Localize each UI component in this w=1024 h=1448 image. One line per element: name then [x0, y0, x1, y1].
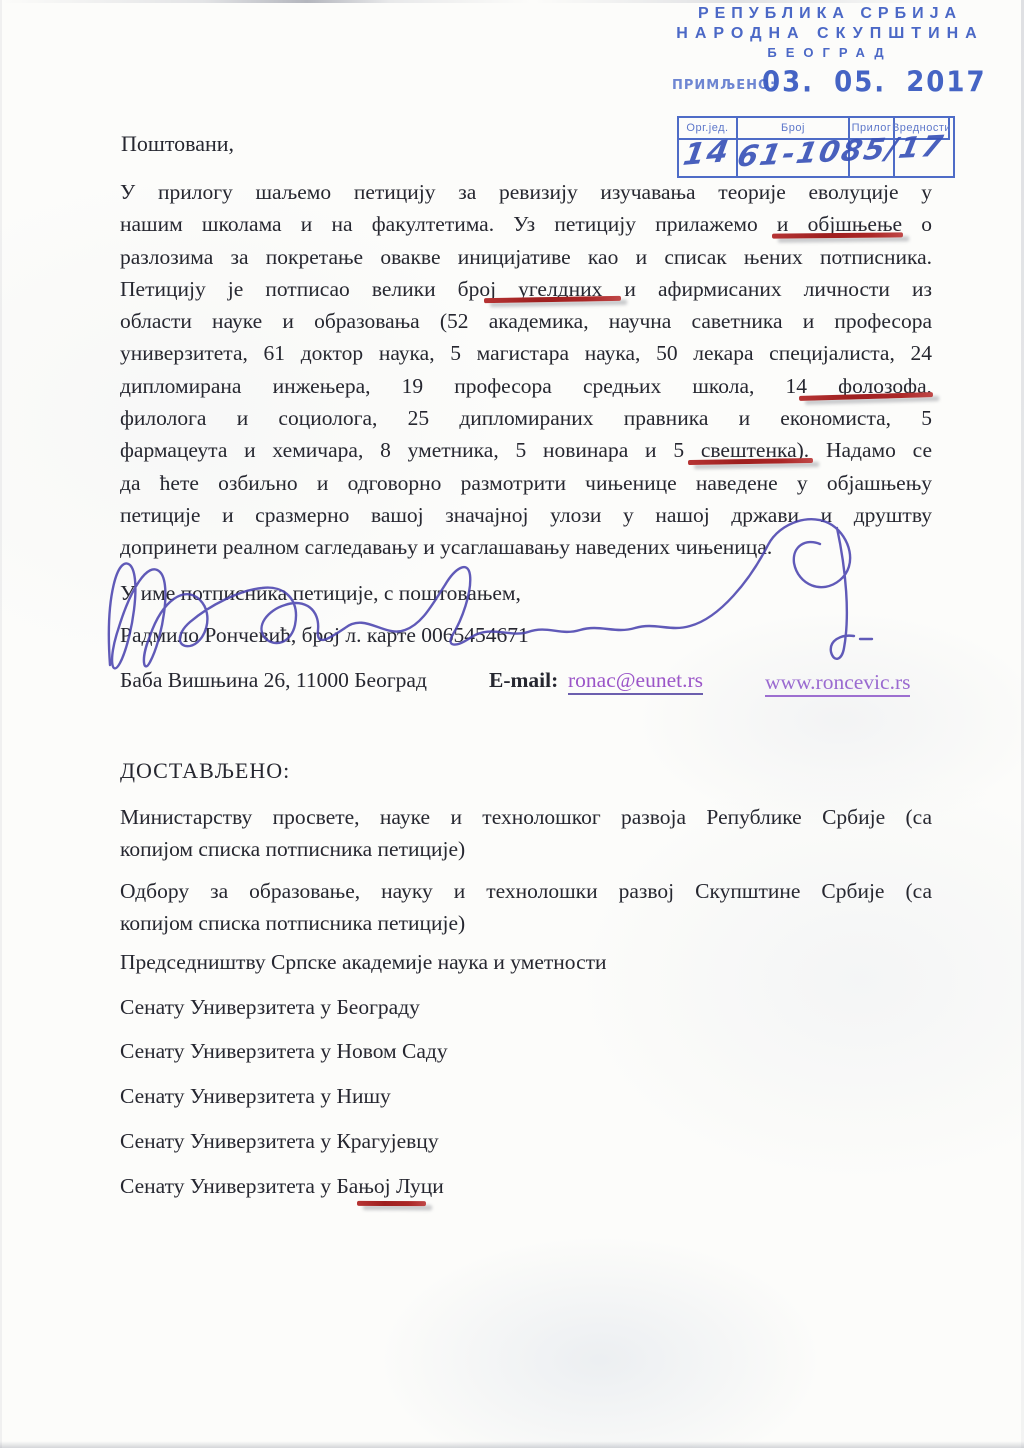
stamp-city-line: БЕОГРАД	[650, 44, 1010, 62]
recipient-senate-belgrade: Сенату Универзитета у Београду	[120, 992, 932, 1024]
salutation: Поштовани,	[121, 131, 234, 157]
recipient-line: Министарству просвете, науке и технолошк…	[120, 802, 932, 834]
email-link[interactable]: ronac@eunet.rs	[568, 668, 703, 695]
scan-edge-top	[0, 0, 1024, 3]
scan-edge-bottom	[0, 1440, 1024, 1448]
scanned-letter-page: { "stamp": { "org_line1": "РЕПУБЛИКА СРБ…	[0, 0, 1024, 1448]
recipient-line: копијом списка потписника петиције)	[120, 908, 932, 940]
body-line: разлозима за покретање овакве иницијатив…	[120, 241, 932, 273]
recipient-senate-kragujevac: Сенату Универзитета у Крагујевцу	[120, 1126, 932, 1158]
email-label: E-mail:	[489, 668, 558, 693]
recipient-sanu-presidency: Председништву Српске академије наука и у…	[120, 947, 932, 979]
recipient-ministry: Министарству просвете, науке и технолошк…	[120, 802, 932, 865]
received-stamp-date: 03. 05. 2017	[762, 67, 987, 99]
received-stamp-label: ПРИМЉЕНО:	[672, 78, 776, 93]
recipient-line: Одбору за образовање, науку и технолошки…	[120, 876, 932, 908]
scan-edge-left	[0, 0, 2, 1448]
stamp-country-line: РЕПУБЛИКА СРБИЈА	[650, 4, 1010, 24]
recipient-senate-banja-luka: Сенату Универзитета у Бањој Луци	[120, 1171, 932, 1203]
body-line: области науке и образовања (52 академика…	[120, 305, 932, 337]
recipient-committee: Одбору за образовање, науку и технолошки…	[120, 876, 932, 939]
body-line: да ћете озбиљно и одговорно размотрити ч…	[120, 467, 932, 499]
body-line: У прилогу шаљемо петицију за ревизију из…	[120, 176, 932, 208]
website-link[interactable]: www.roncevic.rs	[765, 670, 910, 697]
body-line: универзитета, 61 доктор наука, 5 магиста…	[120, 337, 932, 369]
body-line: филолога и социолога, 25 дипломираних пр…	[120, 402, 932, 434]
recipient-senate-novi-sad: Сенату Универзитета у Новом Саду	[120, 1036, 932, 1068]
recipient-line: копијом списка потписника петиције)	[120, 834, 932, 866]
distribution-heading: ДОСТАВЉЕНО:	[120, 758, 290, 784]
stamp-institution-line: НАРОДНА СКУПШТИНА	[650, 24, 1010, 44]
handwritten-org-unit-number: 14	[681, 134, 733, 173]
recipient-senate-nis: Сенату Универзитета у Нишу	[120, 1081, 932, 1113]
national-assembly-stamp: РЕПУБЛИКА СРБИЈА НАРОДНА СКУПШТИНА БЕОГР…	[650, 4, 1010, 62]
